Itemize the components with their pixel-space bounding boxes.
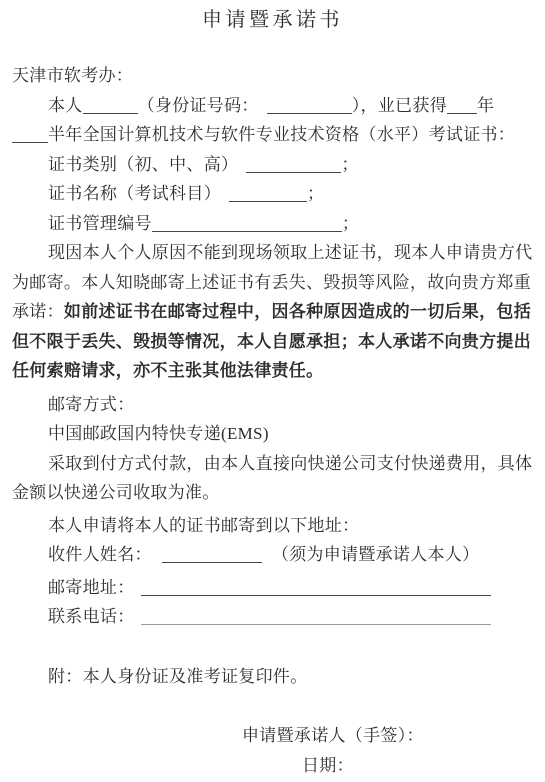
half-year-blank — [12, 125, 48, 143]
commitment-line-3: 承诺：如前述证书在邮寄过程中，因各种原因造成的一切后果，包括 — [12, 297, 533, 327]
id-number-blank — [267, 96, 352, 114]
recipient-label: 收件人姓名： — [48, 545, 152, 564]
id-number-label: （身份证号码： — [138, 96, 259, 115]
recipient-name-blank — [162, 545, 262, 563]
application-commitment-document: 申请暨承诺书 天津市软考办： 本人（身份证号码：），业已获得年 半年全国计算机技… — [0, 0, 545, 782]
cert-level-blank — [246, 155, 341, 173]
commitment-line-5: 任何索赔请求，亦不主张其他法律责任。 — [12, 356, 533, 386]
blank-line-2 — [12, 692, 533, 722]
cert-name-blank — [229, 184, 307, 202]
salutation: 天津市软考办： — [12, 61, 533, 91]
attachment-note: 附：本人身份证及准考证复印件。 — [12, 662, 533, 692]
mailing-method-label: 邮寄方式： — [12, 390, 533, 420]
commitment-line-1: 现因本人个人原因不能到现场领取上述证书，现本人申请贵方代 — [12, 238, 533, 268]
intro-obtained-text: ），业已获得 — [352, 96, 447, 115]
cert-name-label: 证书名称（考试科目） — [48, 184, 221, 203]
cert-name-row: 证书名称（考试科目）； — [12, 179, 533, 209]
cert-level-row: 证书类别（初、中、高）； — [12, 150, 533, 180]
phone-row: 联系电话： — [12, 602, 533, 632]
commitment-line-2: 为邮寄。本人知晓邮寄上述证书有丢失、毁损等风险，故向贵方郑重 — [12, 268, 533, 298]
page-title: 申请暨承诺书 — [12, 6, 533, 34]
mail-address-row: 邮寄地址： — [12, 573, 533, 603]
recipient-note: （须为申请暨承诺人本人） — [272, 545, 480, 564]
date-label: 日期： — [12, 751, 533, 781]
cert-number-label: 证书管理编号 — [48, 214, 152, 233]
payment-line-2: 金额以快递公司收取为准。 — [12, 478, 533, 508]
mail-address-blank — [141, 578, 491, 596]
commitment-line-3-bold: 如前述证书在邮寄过程中，因各种原因造成的一切后果，包括 — [64, 302, 531, 321]
intro-pre-name: 本人 — [48, 96, 83, 115]
mail-address-label: 邮寄地址： — [48, 578, 135, 597]
blank-line-1 — [12, 632, 533, 662]
phone-blank — [141, 607, 491, 625]
commitment-line-3-regular: 承诺： — [12, 302, 64, 321]
recipient-row: 收件人姓名：（须为申请暨承诺人本人） — [12, 540, 533, 570]
mailing-method-value: 中国邮政国内特快专递(EMS) — [12, 419, 533, 449]
year-suffix: 年 — [477, 96, 494, 115]
applicant-name-blank — [83, 96, 138, 114]
intro-line-2: 半年全国计算机技术与软件专业技术资格（水平）考试证书： — [12, 120, 533, 150]
cert-number-row: 证书管理编号； — [12, 209, 533, 239]
intro-line-1: 本人（身份证号码：），业已获得年 — [12, 91, 533, 121]
signer-label: 申请暨承诺人（手签）： — [12, 721, 533, 751]
cert-number-suffix: ； — [342, 214, 359, 233]
address-intro: 本人申请将本人的证书邮寄到以下地址： — [12, 511, 533, 541]
cert-level-label: 证书类别（初、中、高） — [48, 155, 238, 174]
cert-number-blank — [152, 214, 342, 232]
intro-line-2-text: 半年全国计算机技术与软件专业技术资格（水平）考试证书： — [48, 125, 515, 144]
phone-label: 联系电话： — [48, 607, 135, 626]
cert-name-suffix: ； — [307, 184, 324, 203]
exam-year-blank — [447, 96, 477, 114]
cert-level-suffix: ； — [341, 155, 358, 174]
payment-line-1: 采取到付方式付款，由本人直接向快递公司支付快递费用，具体 — [12, 449, 533, 479]
commitment-line-4: 但不限于丢失、毁损等情况，本人自愿承担；本人承诺不向贵方提出 — [12, 327, 533, 357]
